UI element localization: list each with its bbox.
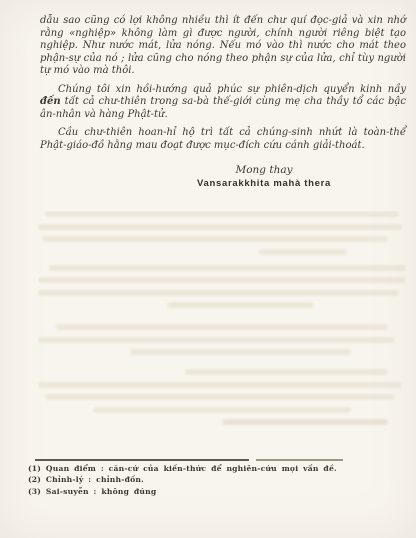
bleed-through-area xyxy=(38,211,406,453)
bleed-through-line xyxy=(185,369,387,375)
bleed-through-line xyxy=(45,394,395,400)
bleed-through-line xyxy=(130,349,351,355)
signature-role: Mong thay xyxy=(158,164,370,176)
paragraph-2-text-before: Chúng tôi xin hồi-hướng quả phúc sự phiê… xyxy=(58,84,406,95)
signature-block: Mong thay Vansarakkhita mahà thera xyxy=(158,164,370,189)
footnote-3: (3) Sai-suyễn : không đúng xyxy=(28,486,400,497)
bleed-through-line xyxy=(38,290,399,296)
paragraph-2-text-after: tất cả chư-thiên trong sa-bà thế-giới cù… xyxy=(40,96,406,120)
paragraph-1-text: dẫu sao cũng có lợi không nhiều thì ít đ… xyxy=(40,15,406,76)
bleed-through-line xyxy=(38,224,402,230)
footnote-separator xyxy=(35,459,343,461)
signature-name: Vansarakkhita mahà thera xyxy=(158,178,370,189)
bleed-through-line xyxy=(45,211,398,217)
bleed-through-line xyxy=(38,382,402,388)
paragraph-2: Chúng tôi xin hồi-hướng quả phúc sự phiê… xyxy=(40,84,406,122)
bleed-through-line xyxy=(222,419,388,425)
footnote-1: (1) Quan điểm : căn-cứ của kiến-thức để … xyxy=(28,463,400,474)
bleed-through-line xyxy=(93,407,351,413)
paragraph-1: dẫu sao cũng có lợi không nhiều thì ít đ… xyxy=(40,15,406,78)
bleed-through-line xyxy=(42,236,388,242)
bleed-through-line xyxy=(259,249,347,255)
paragraph-3-text: Cầu chư-thiên hoan-hỉ hộ trì tất cả chún… xyxy=(40,127,406,151)
footnote-separator-dark-segment xyxy=(35,459,249,461)
bleed-through-line xyxy=(56,324,387,330)
body-text-block: dẫu sao cũng có lợi không nhiều thì ít đ… xyxy=(40,15,406,158)
bleed-through-line xyxy=(167,302,314,308)
bleed-through-line xyxy=(38,337,395,343)
paragraph-3: Cầu chư-thiên hoan-hỉ hộ trì tất cả chún… xyxy=(40,127,406,152)
footnote-2: (2) Chỉnh-lý : chỉnh-đốn. xyxy=(28,474,400,485)
scanned-book-page: dẫu sao cũng có lợi không nhiều thì ít đ… xyxy=(0,0,416,538)
bleed-through-line xyxy=(49,265,406,271)
bleed-through-line xyxy=(38,277,406,283)
paragraph-2-bold-word: đến xyxy=(40,96,61,107)
footnote-separator-light-segment xyxy=(256,459,343,460)
footnotes-block: (1) Quan điểm : căn-cứ của kiến-thức để … xyxy=(28,463,400,497)
